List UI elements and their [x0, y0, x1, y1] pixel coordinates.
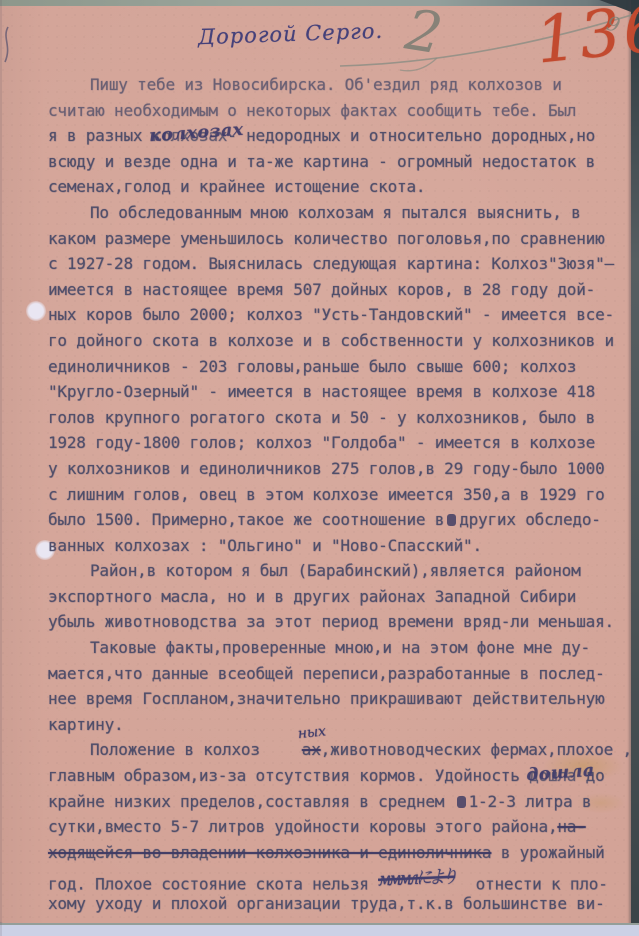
typed-text: ных коров было 2000; колхоз "Усть-Тандов…	[48, 305, 614, 324]
overstrike-blob	[447, 514, 456, 526]
typed-line: год. Плохое состояние скота нельзя мммлに…	[48, 865, 623, 891]
typed-text: было 1500. Примерно,такое же соотношение…	[48, 510, 444, 529]
typed-line: главным образом,из-за отсутствия кормов.…	[48, 763, 623, 789]
typed-text: Положение в колхоз	[90, 740, 260, 759]
typed-line: с лишним голов, овец в этом колхозе имее…	[48, 482, 623, 508]
archive-number-red: 136	[532, 0, 639, 79]
typed-text: ванных колхозах : "Ольгино" и "Ново-Спас…	[48, 536, 482, 555]
handwritten-overlay: колхозах	[148, 118, 244, 150]
typed-line: считаю необходимым о некоторых фактах со…	[48, 98, 623, 124]
typed-text: голов крупного рогатого скота и 50 - у к…	[48, 408, 595, 427]
scan-edge-left	[0, 0, 2, 936]
scanned-letter-page: Дорогой Серго. 2 136 9 Пишу тебе из Ново…	[0, 0, 639, 936]
typed-text: хому уходу и плохой организации труда,т.…	[48, 894, 605, 913]
typed-text: семенах,голод и крайнее истощение скота.	[48, 177, 425, 196]
typed-text: с лишним голов, овец в этом колхозе имее…	[48, 485, 605, 504]
typed-line: ходящейся во владении колхозника и едино…	[48, 840, 623, 866]
typed-text: картину.	[48, 715, 123, 734]
typed-text: каком размере уменьшилось количество пог…	[48, 229, 605, 248]
letter-body: Пишу тебе из Новосибирска. Об'ездил ряд …	[48, 72, 623, 917]
typed-line: было 1500. Примерно,такое же соотношение…	[48, 507, 623, 533]
typed-line: у колхозников и единоличников 275 голов,…	[48, 456, 623, 482]
typed-line: ванных колхозах : "Ольгино" и "Ново-Спас…	[48, 533, 623, 559]
typed-text: "Кругло-Озерный" - имеется в настоящее в…	[48, 382, 595, 401]
typed-text: всюду и везде одна и та-же картина - огр…	[48, 152, 595, 171]
typed-line: го дойного скота в колхозе и в собственн…	[48, 328, 623, 354]
typed-line: с 1927-28 годом. Выяснилась следующая ка…	[48, 251, 623, 277]
typed-line: Положение в колхозахных,животноводческих…	[48, 737, 623, 763]
typed-line: семенах,голод и крайнее истощение скота.	[48, 174, 623, 200]
typed-text: единоличников - 203 головы,раньше было с…	[48, 357, 576, 376]
typed-text: По обследованным мною колхозам я пытался…	[90, 203, 581, 222]
typed-text: го дойного скота в колхозе и в собственн…	[48, 331, 614, 350]
typed-text: сутки,вместо 5-7 литров удойности коровы…	[48, 817, 557, 836]
typed-text: мается,что данные всеобщей переписи,разр…	[48, 664, 605, 683]
correction: ахных	[260, 737, 321, 763]
struck-text: ходящейся во владении колхозника и едино…	[48, 843, 491, 862]
scan-edge-right	[631, 0, 639, 936]
typed-line: мается,что данные всеобщей переписи,разр…	[48, 661, 623, 687]
typed-text: я в разных	[48, 126, 152, 145]
typed-line: крайне низких пределов,составляя в средн…	[48, 789, 623, 815]
overstrike-blob	[457, 796, 466, 808]
typed-text: считаю необходимым о некоторых фактах со…	[48, 101, 576, 120]
typed-line: Район,в котором я был (Барабинский),явля…	[48, 558, 623, 584]
typed-line: имеется в настоящее время 507 дойных кор…	[48, 277, 623, 303]
punch-hole-top	[26, 301, 46, 321]
typed-line: каком размере уменьшилось количество пог…	[48, 226, 623, 252]
typed-line: "Кругло-Озерный" - имеется в настоящее в…	[48, 379, 623, 405]
handwritten-overlay: дошла	[526, 759, 596, 789]
typed-text: с 1927-28 годом. Выяснилась следующая ка…	[48, 254, 614, 273]
typed-line: 1928 году-1800 голов; колхоз "Голдоба" -…	[48, 430, 623, 456]
typed-line: всюду и везде одна и та-же картина - огр…	[48, 149, 623, 175]
typed-line: картину.	[48, 712, 623, 738]
typed-text: ,животноводческих фермах,плохое ,	[321, 740, 632, 759]
scan-edge-bottom	[0, 923, 639, 936]
typed-line: Пишу тебе из Новосибирска. Об'ездил ряд …	[48, 72, 623, 98]
typed-text: нее время Госпланом,значительно прикраши…	[48, 689, 605, 708]
typed-text: Район,в котором я был (Барабинский),явля…	[90, 561, 581, 580]
typed-text: крайне низких пределов,составляя в средн…	[48, 792, 454, 811]
ink-scribble: мммлにより	[378, 862, 467, 895]
typed-line: По обследованным мною колхозам я пытался…	[48, 200, 623, 226]
typed-line: нее время Госпланом,значительно прикраши…	[48, 686, 623, 712]
typed-line: Таковые факты,проверенные мною,и на этом…	[48, 635, 623, 661]
typed-line: хому уходу и плохой организации труда,т.…	[48, 891, 623, 917]
typed-text: экспортного масла, но и в других районах…	[48, 587, 576, 606]
typed-text: других обследо-	[459, 510, 601, 529]
typed-text: Пишу тебе из Новосибирска. Об'ездил ряд …	[90, 75, 562, 94]
typed-line: экспортного масла, но и в других районах…	[48, 584, 623, 610]
typed-text: - недородных и относительно дородных,но	[227, 126, 595, 145]
typed-text: Таковые факты,проверенные мною,и на этом…	[90, 638, 590, 657]
typed-text: 1928 году-1800 голов; колхоз "Голдоба" -…	[48, 433, 595, 452]
overwritten-word: дошладошла	[529, 763, 576, 789]
typed-text: убыль животноводства за этот период врем…	[48, 612, 614, 631]
struck-text: на-	[557, 817, 585, 836]
typed-text: 1-2-3 литра в	[469, 792, 592, 811]
typed-line: убыль животноводства за этот период врем…	[48, 609, 623, 635]
overwritten-word: колхозахколхозах	[152, 123, 227, 149]
typed-line: сутки,вместо 5-7 литров удойности коровы…	[48, 814, 623, 840]
typed-text: имеется в настоящее время 507 дойных кор…	[48, 280, 595, 299]
typed-line: ных коров было 2000; колхоз "Усть-Тандов…	[48, 302, 623, 328]
typed-line: я в разных колхозахколхозах- недородных …	[48, 123, 623, 149]
typed-text: в урожайный	[491, 843, 604, 862]
typed-text: у колхозников и единоличников 275 голов,…	[48, 459, 605, 478]
typed-line: голов крупного рогатого скота и 50 - у к…	[48, 405, 623, 431]
typed-text: главным образом,из-за отсутствия кормов.…	[48, 766, 529, 785]
typed-line: единоличников - 203 головы,раньше было с…	[48, 354, 623, 380]
